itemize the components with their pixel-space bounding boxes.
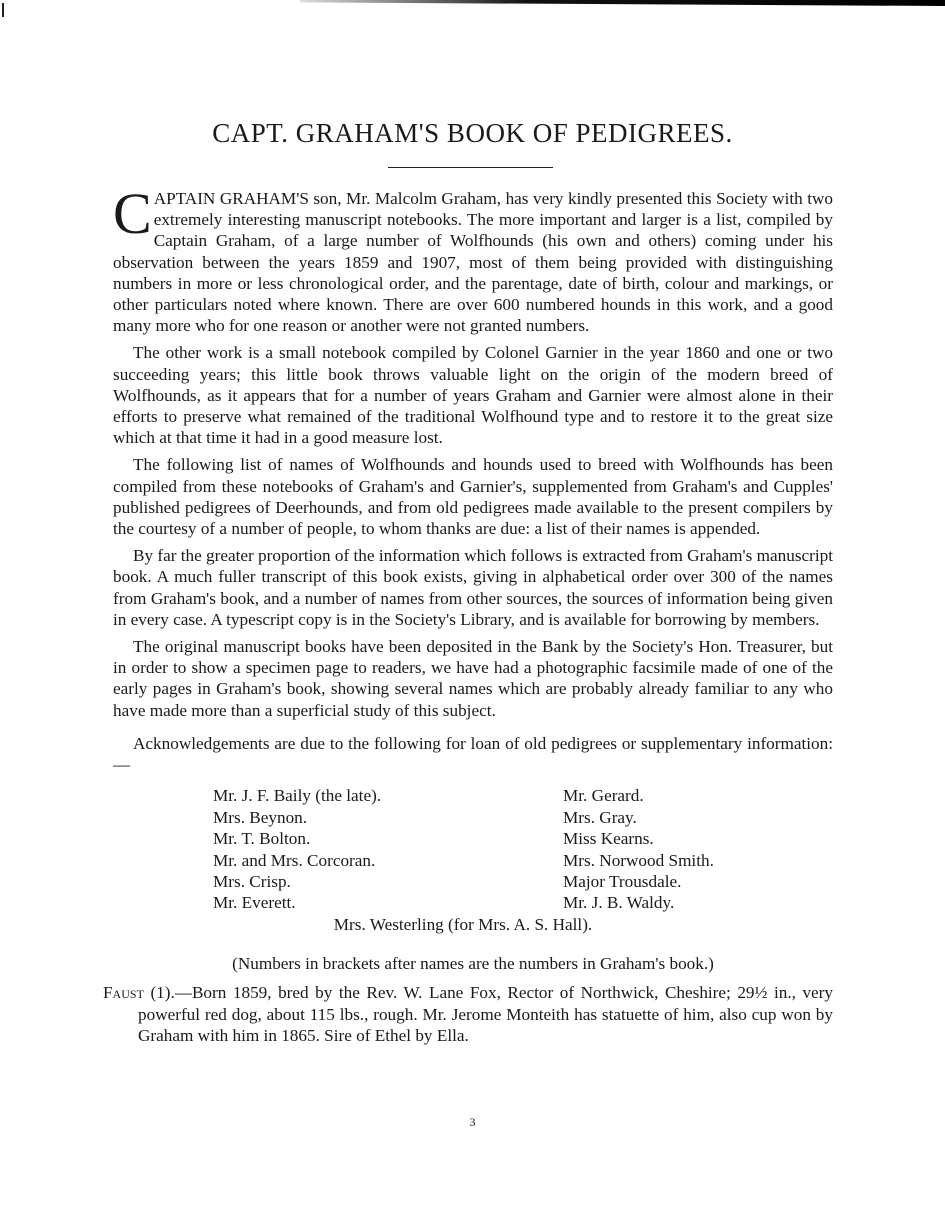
- intro-paragraph-4: By far the greater proportion of the inf…: [113, 545, 833, 630]
- title-divider: [388, 167, 553, 168]
- ack-name: Mr. T. Bolton.: [213, 828, 563, 849]
- scan-edge-mark: [2, 3, 4, 17]
- page-number: 3: [0, 1115, 945, 1130]
- intro-paragraph-5: The original manuscript books have been …: [113, 636, 833, 721]
- entry-number: (1).: [150, 983, 174, 1002]
- ack-name: Mr. Everett.: [213, 892, 563, 913]
- intro-paragraph-1: CAPTAIN GRAHAM'S son, Mr. Malcolm Graham…: [113, 188, 833, 336]
- numbering-note: (Numbers in brackets after names are the…: [113, 953, 833, 974]
- ack-name: Mrs. Gray.: [563, 807, 813, 828]
- ack-name: Mr. J. F. Baily (the late).: [213, 785, 563, 806]
- acknowledgements-intro: Acknowledgements are due to the followin…: [113, 733, 833, 775]
- ack-name-last: Mrs. Westerling (for Mrs. A. S. Hall).: [93, 914, 833, 935]
- entry-text: —Born 1859, bred by the Rev. W. Lane Fox…: [138, 983, 833, 1044]
- entry-name: Faust: [103, 983, 144, 1002]
- intro-paragraph-3: The following list of names of Wolfhound…: [113, 454, 833, 539]
- ack-name: Mr. Gerard.: [563, 785, 813, 806]
- intro-paragraph-2: The other work is a small notebook compi…: [113, 342, 833, 448]
- ack-name: Major Trousdale.: [563, 871, 813, 892]
- ack-name: Mrs. Beynon.: [213, 807, 563, 828]
- ack-name: Mr. J. B. Waldy.: [563, 892, 813, 913]
- pedigree-entry: Faust (1).—Born 1859, bred by the Rev. W…: [103, 982, 833, 1046]
- ack-name: Mr. and Mrs. Corcoran.: [213, 850, 563, 871]
- page-title: CAPT. GRAHAM'S BOOK OF PEDIGREES.: [0, 118, 945, 149]
- ack-name: Mrs. Norwood Smith.: [563, 850, 813, 871]
- ack-name: Mrs. Crisp.: [213, 871, 563, 892]
- drop-cap: C: [113, 192, 152, 236]
- scan-top-edge: [300, 0, 945, 6]
- acknowledgements-list: Mr. J. F. Baily (the late). Mr. Gerard. …: [213, 785, 833, 913]
- article-body: CAPTAIN GRAHAM'S son, Mr. Malcolm Graham…: [113, 188, 833, 1052]
- ack-name: Miss Kearns.: [563, 828, 813, 849]
